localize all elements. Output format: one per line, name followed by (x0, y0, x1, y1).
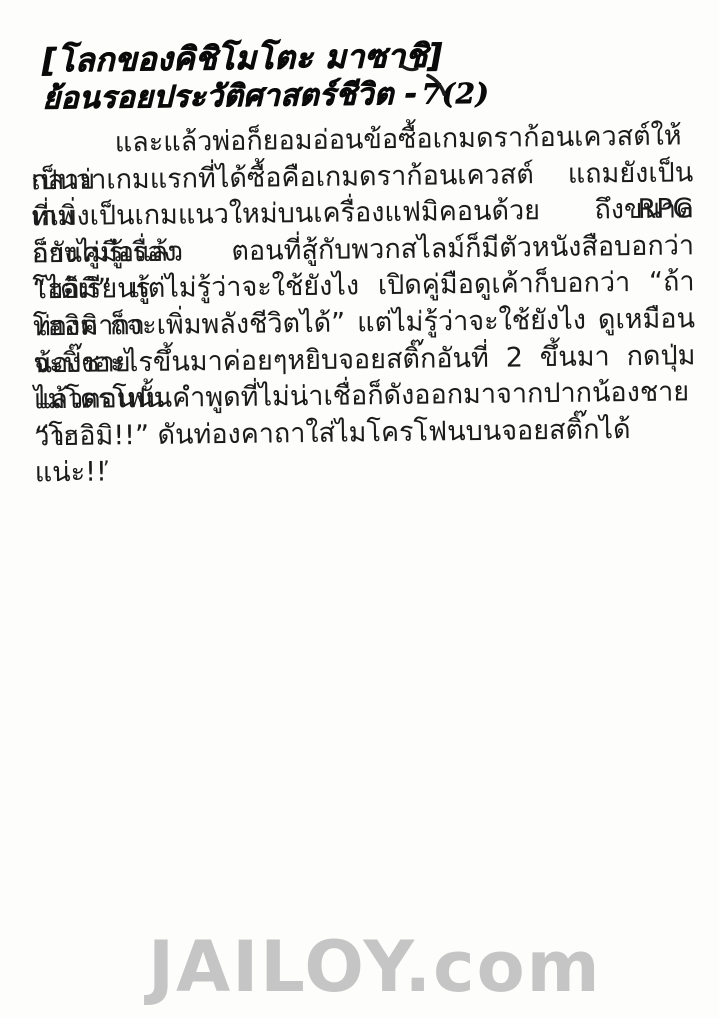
watermark: JAILOY.com (148, 932, 602, 1002)
stray-ink-mark: ’ (103, 457, 110, 482)
pen-stroke-doodle-icon (398, 55, 457, 104)
chapter-subtitle-text: ย้อนรอยประวัติศาสตร์ชีวิต - (42, 77, 418, 117)
page-content: [โลกของคิชิโมโตะ มาซาชิ] ย้อนรอยประวัติศ… (0, 0, 719, 1018)
paragraph-line: “โฮอิมิ!!” ดันท่องคาถาใส่ไมโครโฟนบนจอยสต… (34, 411, 696, 456)
paragraph: และแล้วพ่อก็ยอมอ่อนข้อซื้อเกมดราก้อนเควส… (31, 118, 697, 455)
scanned-document-page: [โลกของคิชิโมโตะ มาซาชิ] ย้อนรอยประวัติศ… (0, 0, 719, 1018)
